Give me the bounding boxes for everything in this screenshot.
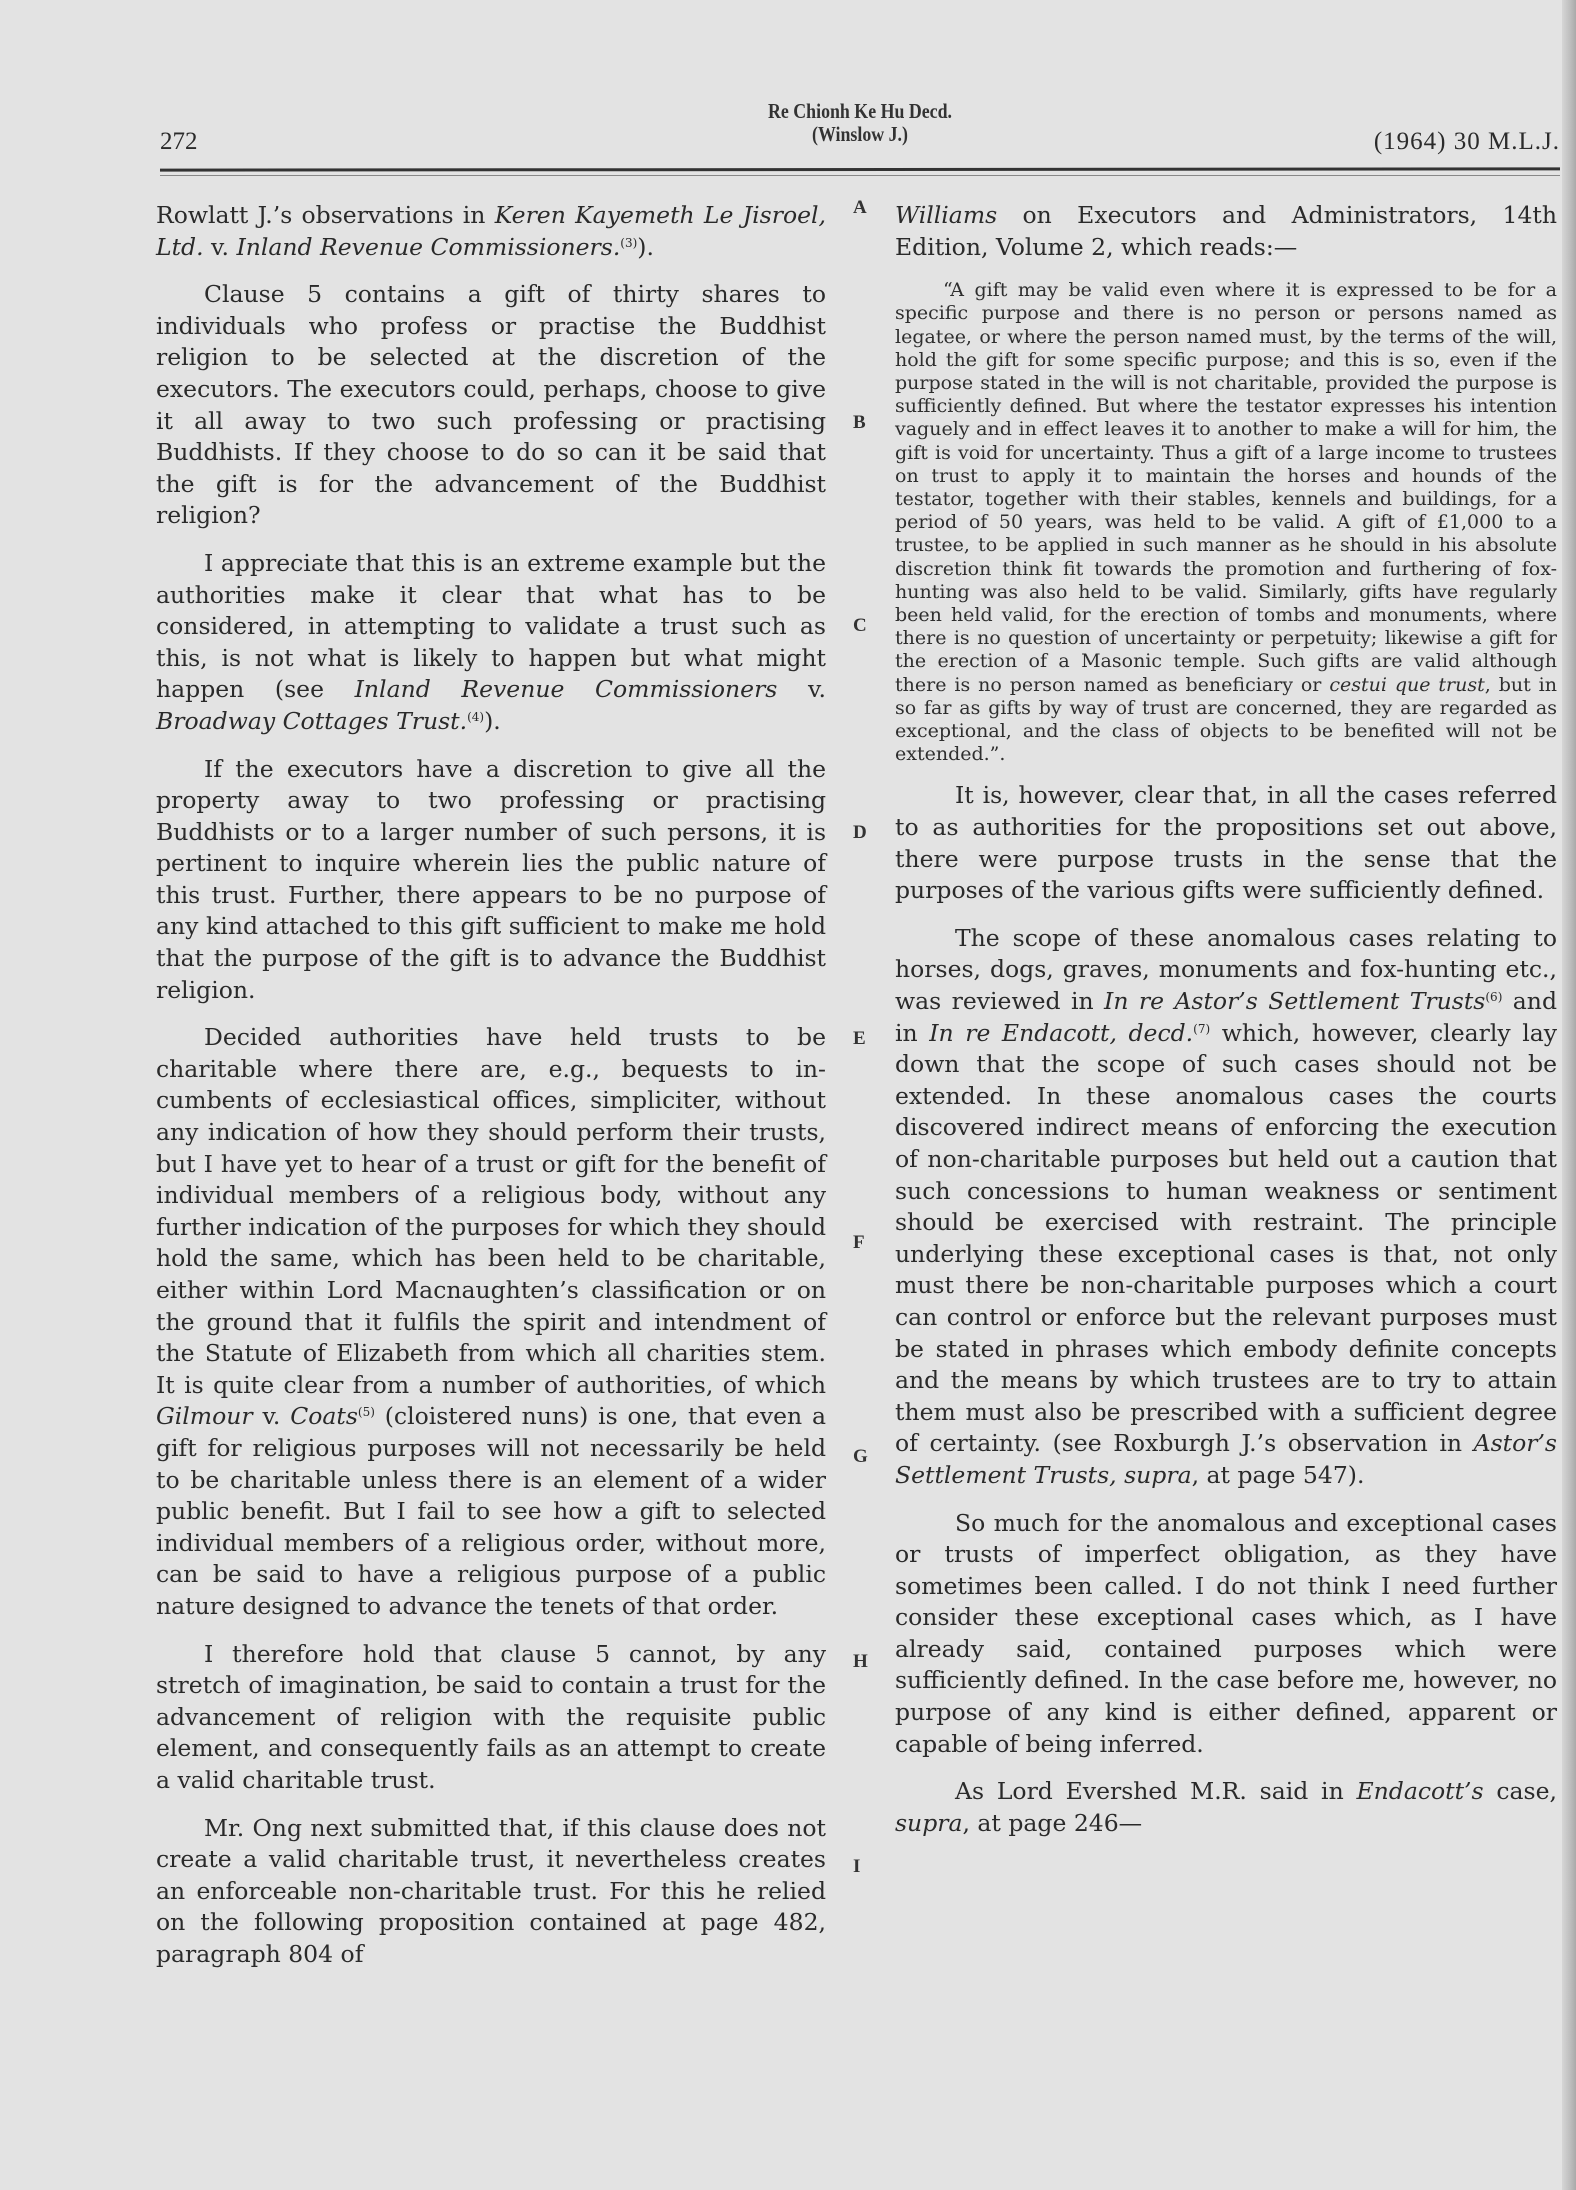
paragraph-lord-evershed: As Lord Evershed M.R. said in Endacott’s… xyxy=(895,1776,1557,1839)
margin-letter-e: E xyxy=(853,1028,866,1050)
paragraph-clause-5: Clause 5 contains a gift of thirty share… xyxy=(156,279,826,532)
text: v. xyxy=(204,233,237,261)
text: (cloistered nuns) is one, that even a gi… xyxy=(156,1402,826,1620)
page-edge-shadow xyxy=(1562,0,1576,2190)
text: , at page 246— xyxy=(962,1809,1142,1837)
margin-letter-i: I xyxy=(853,1856,860,1878)
running-title: Re Chionh Ke Hu Decd. (Winslow J.) xyxy=(265,100,1455,146)
text: case, xyxy=(1484,1777,1557,1805)
case-name: Broadway Cottages Trust. xyxy=(156,707,467,735)
text: “A gift may be valid even where it is ex… xyxy=(895,279,1557,695)
paragraph-so-much: So much for the anomalous and exceptiona… xyxy=(895,1508,1557,1761)
margin-letter-h: H xyxy=(853,1651,868,1673)
paragraph-rowlatt: Rowlatt J.’s observations in Keren Kayem… xyxy=(156,200,826,263)
paragraph-williams: Williams on Executors and Administrators… xyxy=(895,200,1557,263)
left-column: Rowlatt J.’s observations in Keren Kayem… xyxy=(156,200,826,1986)
margin-letter-d: D xyxy=(853,822,867,844)
latin-term: cestui que trust xyxy=(1329,674,1484,696)
paragraph-decided-authorities: Decided authorities have held trusts to … xyxy=(156,1022,826,1622)
margin-letter-a: A xyxy=(853,197,867,219)
case-name: In re Endacott, decd. xyxy=(929,1019,1193,1047)
footnote-ref: (4) xyxy=(467,710,484,724)
text: Rowlatt J.’s observations in xyxy=(156,201,495,229)
margin-letter-b: B xyxy=(853,412,866,434)
book-title: Williams xyxy=(895,201,997,229)
text: v. xyxy=(777,675,826,703)
paragraph-anomalous-cases: The scope of these anomalous cases relat… xyxy=(895,923,1557,1492)
text: , at page 547). xyxy=(1192,1461,1365,1489)
footnote-ref: (6) xyxy=(1485,990,1502,1004)
case-name: Inland Revenue Commis­sioners. xyxy=(236,233,620,261)
paragraph-executors-discretion: If the executors have a discretion to gi… xyxy=(156,754,826,1007)
report-citation: (1964) 30 M.L.J. xyxy=(1374,128,1560,156)
margin-letter-f: F xyxy=(853,1232,865,1254)
case-name: Inland Revenue Com­missioners xyxy=(355,675,778,703)
case-name: Coats xyxy=(290,1402,358,1430)
footnote-ref: (3) xyxy=(620,236,637,250)
latin-term: supra xyxy=(895,1809,962,1837)
text: v. xyxy=(253,1402,291,1430)
header-rule-thin xyxy=(160,175,1560,176)
text: ). xyxy=(484,707,501,735)
margin-letter-g: G xyxy=(853,1446,868,1468)
right-column: Williams on Executors and Administrators… xyxy=(895,200,1557,1855)
case-name: Gilmour xyxy=(156,1402,253,1430)
case-name: Endacott’s xyxy=(1357,1777,1484,1805)
text: As Lord Evershed M.R. said in xyxy=(955,1777,1357,1805)
page-number: 272 xyxy=(160,128,198,156)
text: which, however, clearly lay down that th… xyxy=(895,1019,1557,1458)
text: ). xyxy=(637,233,654,261)
running-title-judge: (Winslow J.) xyxy=(265,123,1455,146)
paragraph-purpose-trusts: It is, however, clear that, in all the c… xyxy=(895,780,1557,906)
case-name: In re Astor’s Settlement Trusts xyxy=(1104,987,1485,1015)
running-title-case: Re Chionh Ke Hu Decd. xyxy=(265,100,1455,123)
text: Decided authorities have held trusts to … xyxy=(156,1023,826,1399)
paragraph-extreme-example: I appreciate that this is an extreme exa… xyxy=(156,548,826,738)
paragraph-holding: I therefore hold that clause 5 cannot, b… xyxy=(156,1639,826,1797)
footnote-ref: (7) xyxy=(1193,1022,1210,1036)
footnote-ref: (5) xyxy=(358,1405,375,1419)
paragraph-mr-ong: Mr. Ong next submitted that, if this cla… xyxy=(156,1813,826,1971)
block-quote-williams: “A gift may be valid even where it is ex… xyxy=(895,279,1557,766)
margin-letter-c: C xyxy=(853,615,867,637)
